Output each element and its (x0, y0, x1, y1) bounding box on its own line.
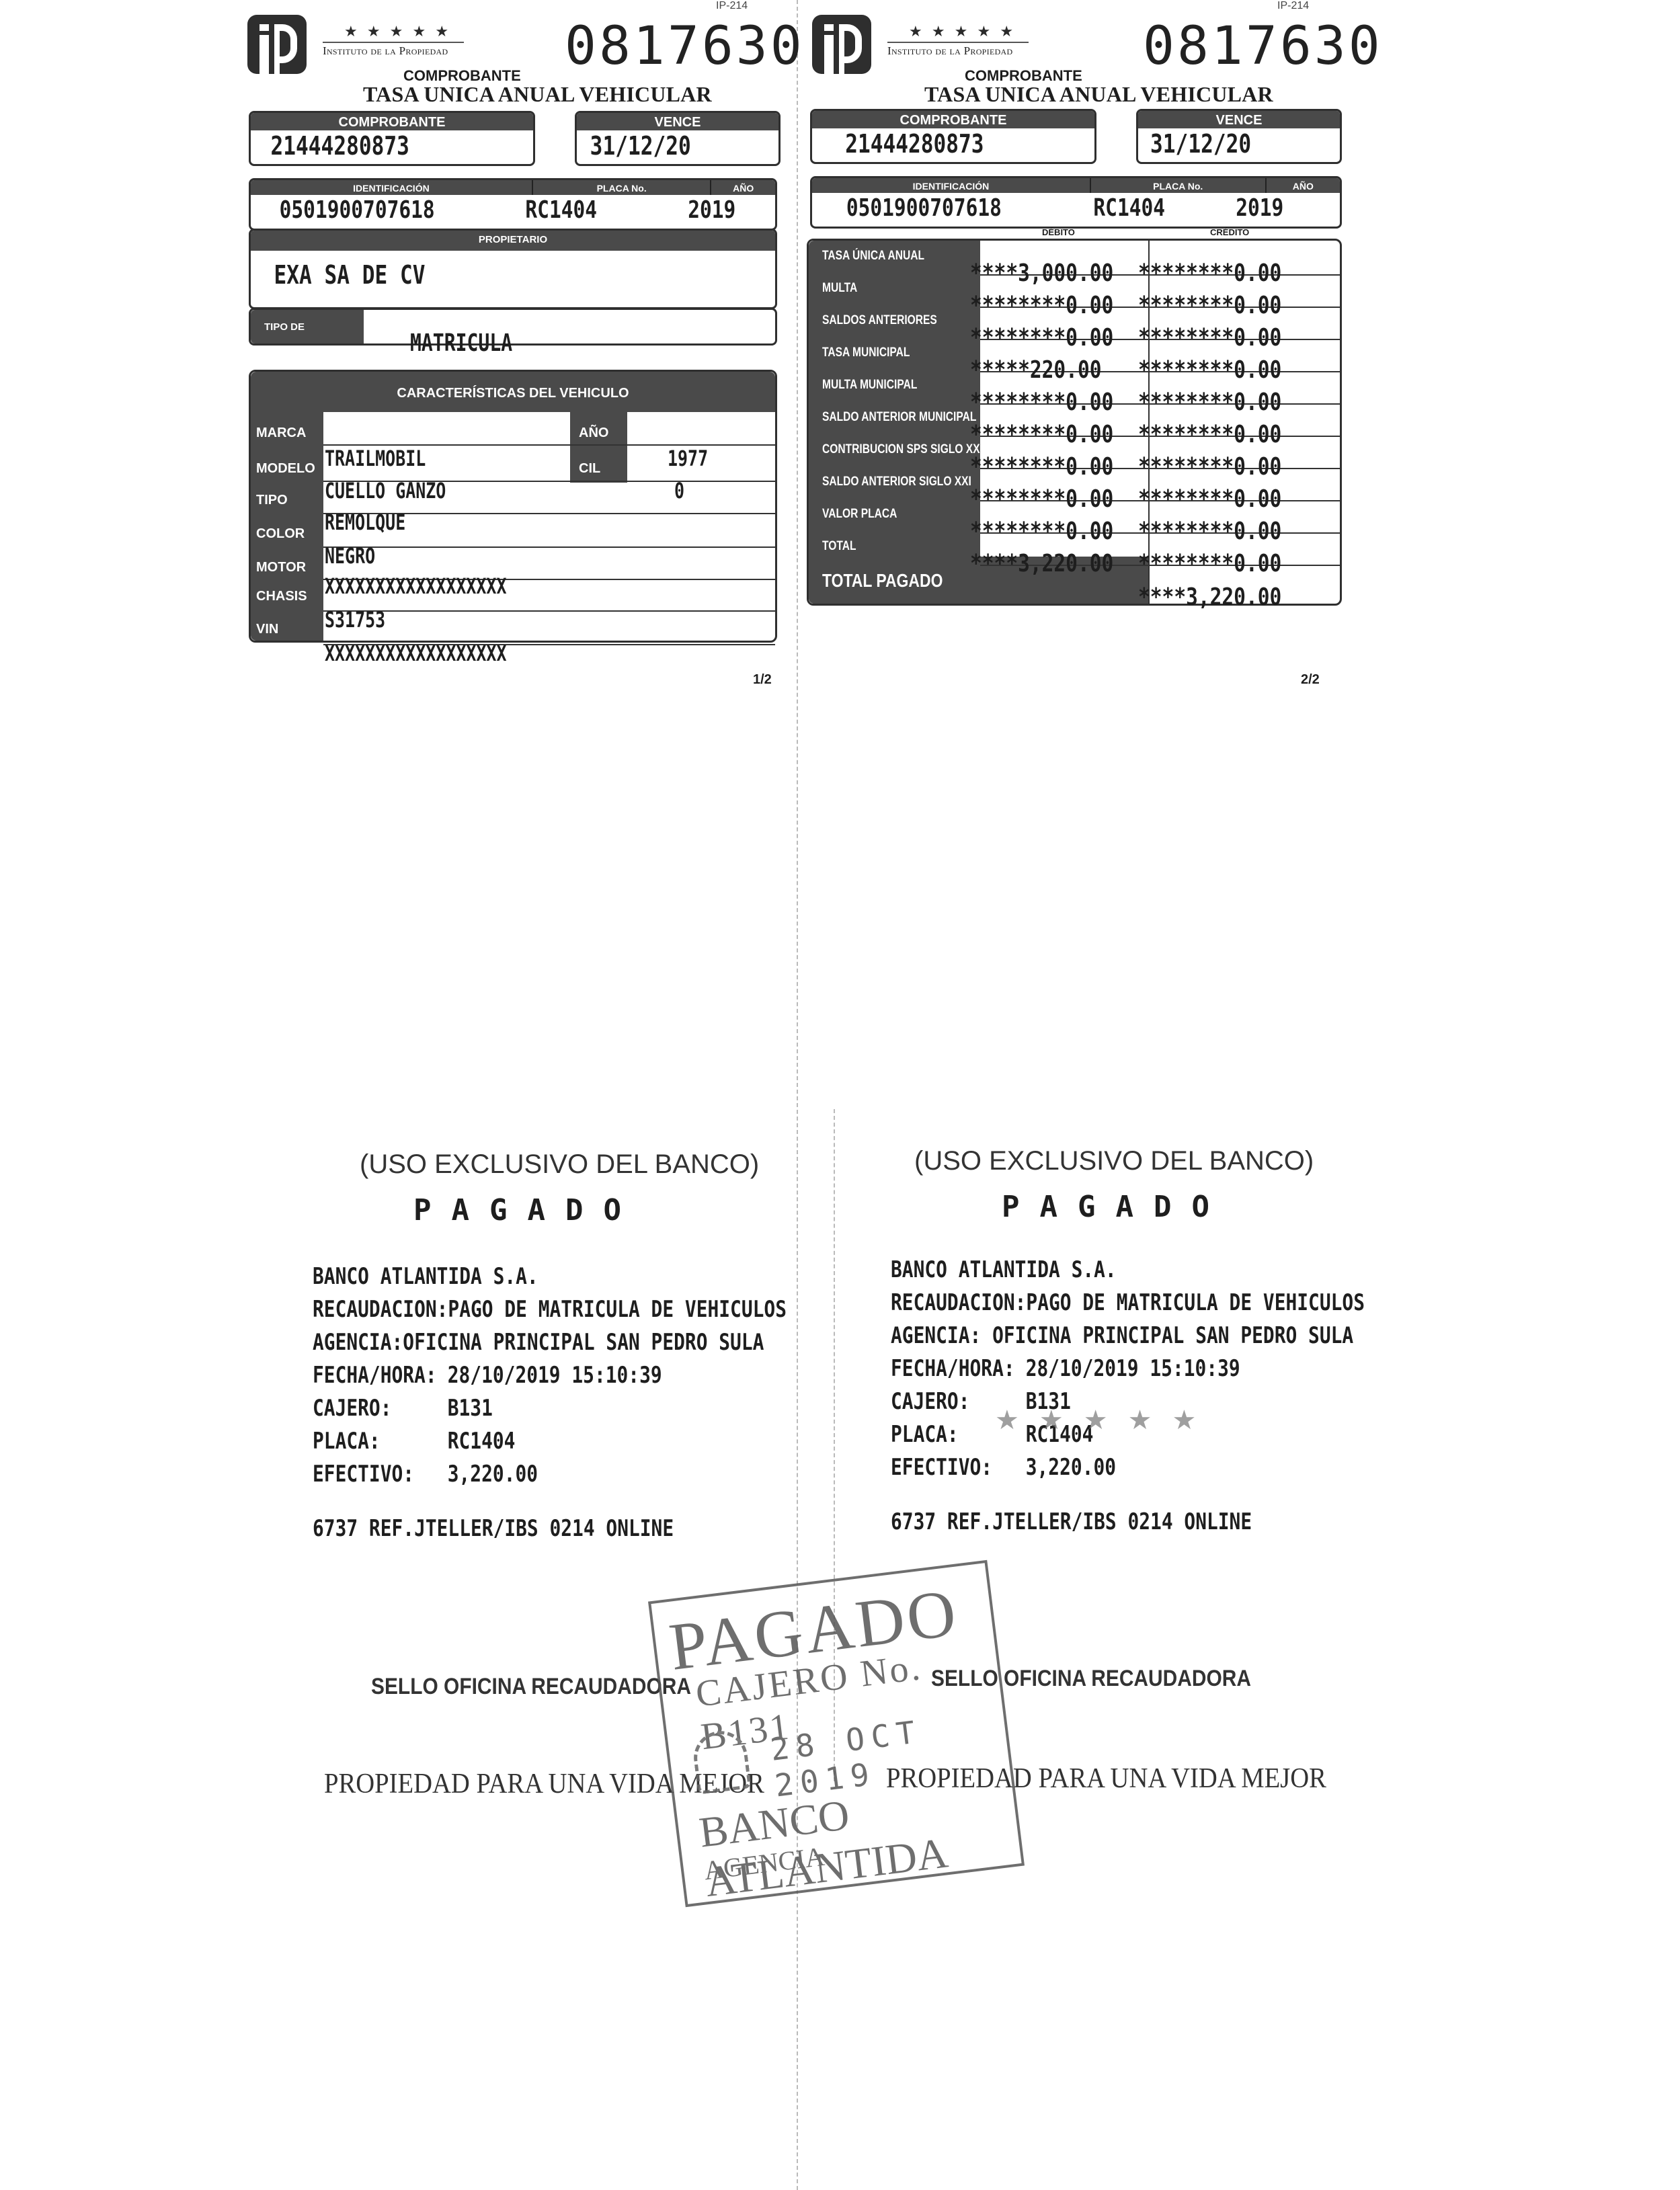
pagado-label: PAGADO (413, 1193, 911, 1227)
debito-value: ********0.00 (970, 389, 1113, 416)
charge-label: TOTAL (822, 539, 856, 554)
efectivo-label: EFECTIVO: (891, 1451, 1026, 1484)
cil-value: 0 (674, 478, 684, 503)
fecha-value: 28/10/2019 15:10:39 (448, 1362, 662, 1389)
placa-label: PLACA No. (1090, 178, 1265, 193)
page-number: 1/2 (753, 672, 772, 688)
color-label: COLOR (256, 526, 305, 542)
bank-receipt-right: (USO EXCLUSIVO DEL BANCO) PAGADO (914, 1146, 1466, 1224)
debito-value: ****3,000.00 (970, 259, 1113, 287)
tipo-label: TIPO (256, 493, 288, 508)
credito-value: ********0.00 (1138, 518, 1281, 545)
anio-value: 2019 (682, 195, 735, 226)
title-main: TASA UNICA ANUAL VEHICULAR (924, 82, 1273, 107)
ip-logo-icon (247, 15, 307, 74)
modelo-label: MODELO (256, 461, 315, 477)
watermark-stars-icon: ★★★★★ (995, 1405, 1216, 1436)
tipo-value: REMOLQUE (325, 510, 405, 535)
tipo-operacion-value: MATRICULA (410, 329, 512, 357)
placa-label: PLACA No. (532, 180, 711, 195)
institution-name: Instituto de la Propiedad (887, 44, 1012, 58)
placa-value: RC1404 (1082, 193, 1203, 224)
cil-label: CIL (579, 461, 600, 477)
comprobante-box: COMPROBANTE 21444280873 (249, 111, 535, 166)
ip-logo-icon (812, 15, 871, 74)
debito-value: ********0.00 (970, 324, 1113, 352)
comprobante-label: COMPROBANTE (812, 111, 1094, 128)
total-pagado-value: ****3,220.00 (1138, 583, 1281, 611)
title-main: TASA UNICA ANUAL VEHICULAR (363, 82, 712, 107)
vence-box: VENCE 31/12/20 (1136, 109, 1342, 164)
credito-value: ********0.00 (1138, 453, 1281, 481)
vence-value: 31/12/20 (1138, 128, 1304, 159)
identificacion-value: 0501900707618 (251, 195, 467, 226)
credito-value: ********0.00 (1138, 324, 1281, 352)
receipt-right: ★ ★ ★ ★ ★ Instituto de la Propiedad IP-2… (807, 0, 1358, 699)
charge-label: CONTRIBUCION SPS SIGLO XXI (822, 442, 983, 457)
vence-label: VENCE (1138, 111, 1340, 128)
bank-details-right: BANCO ATLANTIDA S.A. RECAUDACION:PAGO DE… (891, 1254, 1442, 1539)
reference-line: 6737 REF.JTELLER/IBS 0214 ONLINE (313, 1512, 764, 1545)
marca-value: TRAILMOBIL (325, 446, 426, 471)
credito-value: ********0.00 (1138, 389, 1281, 416)
placa-value: RC1404 (448, 1428, 516, 1455)
charge-label: VALOR PLACA (822, 507, 897, 522)
debito-value: ********0.00 (970, 292, 1113, 319)
anio-car-value: 1977 (668, 446, 708, 471)
bank-name: BANCO ATLANTIDA S.A. (891, 1254, 1343, 1287)
form-code: IP-214 (716, 0, 748, 12)
comprobante-label: COMPROBANTE (251, 113, 533, 130)
fecha-value: 28/10/2019 15:10:39 (1026, 1355, 1240, 1382)
anio-car-label: AÑO (579, 425, 608, 441)
propietario-label: PROPIETARIO (251, 231, 775, 251)
page-number: 2/2 (1301, 672, 1320, 688)
modelo-value: CUELLO GANZO (325, 478, 446, 503)
folio-number: 0817630 (1143, 20, 1383, 73)
credito-value: ********0.00 (1138, 292, 1281, 319)
placa-label: PLACA: (313, 1425, 448, 1458)
color-value: NEGRO (325, 543, 375, 569)
vin-value: XXXXXXXXXXXXXXXXXX (325, 641, 506, 666)
fecha-label: FECHA/HORA: (891, 1352, 1026, 1385)
comprobante-value: 21444280873 (251, 130, 482, 161)
identificacion-value: 0501900707618 (812, 193, 1034, 224)
agencia: AGENCIA:OFICINA PRINCIPAL SAN PEDRO SULA (313, 1326, 764, 1359)
vence-value: 31/12/20 (577, 130, 742, 161)
debito-value: ********0.00 (970, 421, 1113, 448)
stamp-bank: BANCO ATLANTIDA (696, 1770, 1023, 1907)
cajero-value: B131 (448, 1395, 493, 1422)
marca-label: MARCA (256, 425, 306, 441)
bank-details-left: BANCO ATLANTIDA S.A. RECAUDACION:PAGO DE… (313, 1260, 864, 1545)
credito-value: ********0.00 (1138, 550, 1281, 577)
motor-label: MOTOR (256, 560, 306, 575)
bank-paid-stamp: PAGADO CAJERO No. B131 28 OCT 2019 BANCO… (648, 1560, 1025, 1907)
vence-label: VENCE (577, 113, 778, 130)
identificacion-box: IDENTIFICACIÓN PLACA No. AÑO 05019007076… (810, 176, 1342, 229)
reference-line: 6737 REF.JTELLER/IBS 0214 ONLINE (891, 1506, 1343, 1539)
comprobante-box: COMPROBANTE 21444280873 (810, 109, 1096, 164)
recaudacion: RECAUDACION:PAGO DE MATRICULA DE VEHICUL… (313, 1293, 764, 1326)
charge-label: TASA ÚNICA ANUAL (822, 249, 924, 263)
chasis-label: CHASIS (256, 589, 307, 604)
chasis-value: S31753 (325, 607, 385, 633)
propietario-box: PROPIETARIO EXA SA DE CV (249, 229, 777, 309)
charge-label: MULTA (822, 281, 857, 296)
divider (887, 42, 1029, 43)
efectivo-label: EFECTIVO: (313, 1458, 448, 1491)
charge-label: SALDO ANTERIOR MUNICIPAL (822, 410, 976, 425)
debito-value: ********0.00 (970, 485, 1113, 513)
identificacion-box: IDENTIFICACIÓN PLACA No. AÑO 05019007076… (249, 178, 777, 231)
vin-label: VIN (256, 622, 278, 637)
agencia: AGENCIA: OFICINA PRINCIPAL SAN PEDRO SUL… (891, 1320, 1343, 1352)
fecha-label: FECHA/HORA: (313, 1359, 448, 1392)
stars-icon: ★ ★ ★ ★ ★ (344, 23, 451, 40)
charges-table: TASA ÚNICA ANUAL****3,000.00********0.00… (807, 239, 1342, 606)
uso-exclusivo-label: (USO EXCLUSIVO DEL BANCO) (360, 1149, 911, 1180)
recaudacion: RECAUDACION:PAGO DE MATRICULA DE VEHICUL… (891, 1287, 1343, 1320)
efectivo-value: 3,220.00 (1026, 1454, 1116, 1481)
charge-label: SALDO ANTERIOR SIGLO XXI (822, 475, 971, 489)
efectivo-value: 3,220.00 (448, 1461, 538, 1488)
placa-value: RC1404 (514, 195, 652, 226)
anio-label: AÑO (1265, 178, 1340, 193)
propietario-value: EXA SA DE CV (251, 251, 681, 299)
divider (323, 42, 464, 43)
bank-name: BANCO ATLANTIDA S.A. (313, 1260, 764, 1293)
sello-label: SELLO OFICINA RECAUDADORA (371, 1674, 691, 1700)
charge-label: SALDOS ANTERIORES (822, 313, 937, 328)
caracteristicas-box: CARACTERÍSTICAS DEL VEHICULO MARCA MODEL… (249, 370, 777, 643)
charge-label: MULTA MUNICIPAL (822, 378, 917, 393)
debito-label: DÉBITO (1042, 227, 1075, 237)
debito-value: ********0.00 (970, 453, 1113, 481)
cajero-label: CAJERO: (313, 1392, 448, 1425)
form-code: IP-214 (1277, 0, 1309, 12)
credito-value: ********0.00 (1138, 421, 1281, 448)
vence-box: VENCE 31/12/20 (575, 111, 781, 166)
tipo-operacion-label: TIPO DE OPERACIÓN (251, 310, 364, 343)
uso-exclusivo-label: (USO EXCLUSIVO DEL BANCO) (914, 1146, 1466, 1176)
total-pagado-label: TOTAL PAGADO (822, 570, 943, 592)
folio-number: 0817630 (565, 20, 805, 73)
credito-label: CRÉDITO (1210, 227, 1249, 237)
receipt-left: ★ ★ ★ ★ ★ Instituto de la Propiedad IP-2… (242, 0, 793, 699)
debito-value: *****220.00 (970, 356, 1102, 384)
charge-label: TASA MUNICIPAL (822, 346, 910, 360)
bank-receipt-left: (USO EXCLUSIVO DEL BANCO) PAGADO (360, 1149, 911, 1227)
tipo-operacion-box: TIPO DE OPERACIÓN (249, 308, 777, 346)
debito-value: ****3,220.00 (970, 550, 1113, 577)
anio-label: AÑO (710, 180, 775, 195)
credito-value: ********0.00 (1138, 259, 1281, 287)
comprobante-value: 21444280873 (812, 128, 1043, 159)
pagado-label: PAGADO (1002, 1190, 1466, 1224)
identificacion-label: IDENTIFICACIÓN (812, 178, 1090, 193)
stars-icon: ★ ★ ★ ★ ★ (909, 23, 1016, 40)
institution-name: Instituto de la Propiedad (323, 44, 448, 58)
identificacion-label: IDENTIFICACIÓN (251, 180, 532, 195)
caracteristicas-title: CARACTERÍSTICAS DEL VEHICULO (251, 372, 775, 412)
credito-value: ********0.00 (1138, 356, 1281, 384)
anio-value: 2019 (1230, 193, 1283, 224)
motor-value: XXXXXXXXXXXXXXXXXX (325, 573, 506, 599)
debito-value: ********0.00 (970, 518, 1113, 545)
credito-value: ********0.00 (1138, 485, 1281, 513)
